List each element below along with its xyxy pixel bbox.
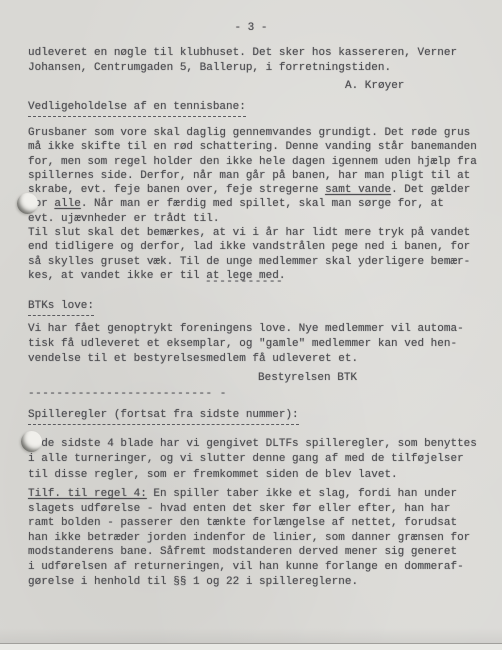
paragraph: I de sidste 4 blade har vi gengivet DLTF… <box>28 437 477 483</box>
text-segment: ramt bolden - passerer den tænkte forlæn… <box>28 517 457 529</box>
scan-bottom-edge <box>0 643 502 650</box>
text-line: til disse regler, som er fremkommet side… <box>28 468 477 483</box>
signature: A. Krøyer <box>345 79 404 94</box>
text-segment: han ikke betræder jorden indenfor de lin… <box>28 532 470 544</box>
text-segment: til disse regler, som er fremkommet side… <box>28 469 398 481</box>
text-segment: så skylles gruset væk. Til de unge medle… <box>28 256 470 268</box>
text-segment: gørelse i henhold til §§ 1 og 22 i spill… <box>28 576 358 588</box>
text-line: i alle turneringer, og vi slutter denne … <box>28 452 477 467</box>
text-line: i udførelsen af returneringen, vil han k… <box>28 560 470 575</box>
paragraph: Grusbaner som vore skal daglig gennemvan… <box>28 126 477 283</box>
text-line: udleveret en nøgle til klubhuset. Det sk… <box>28 46 457 61</box>
text-line: for alle. Når man er færdig med spillet,… <box>28 197 477 211</box>
text-segment: vendelse til et bestyrelsesmedlem få udl… <box>28 353 358 365</box>
text-line: Johansen, Centrumgaden 5, Ballerup, i fo… <box>28 61 457 76</box>
text-segment: i alle turneringer, og vi slutter denne … <box>28 453 464 465</box>
paragraph: Tilf. til regel 4: En spiller taber ikke… <box>28 487 470 589</box>
page-number: - 3 - <box>0 21 502 36</box>
hole-punch <box>21 431 42 452</box>
text-segment: Grusbaner som vore skal daglig gennemvan… <box>28 127 470 139</box>
text-line: Tilf. til regel 4: En spiller taber ikke… <box>28 487 470 502</box>
underlined-text: alle <box>54 198 80 210</box>
text-line: for, men som regel holder den ikke hele … <box>28 155 477 169</box>
text-segment: Johansen, Centrumgaden 5, Ballerup, i fo… <box>28 62 391 74</box>
paragraph: udleveret en nøgle til klubhuset. Det sk… <box>28 46 457 76</box>
text-segment: end tidligere og derfor, lad ikke vandst… <box>28 241 470 253</box>
text-segment: tisk få udleveret et eksemplar, og "gaml… <box>28 338 457 350</box>
section-heading: BTKs love: <box>28 299 94 316</box>
text-line: Til slut skal det bemærkes, at vi i år h… <box>28 226 477 240</box>
text-segment: slagets udførelse - hvad enten det sker … <box>28 503 450 515</box>
text-line: Grusbaner som vore skal daglig gennemvan… <box>28 126 477 140</box>
text-segment: . Når man er færdig med spillet, skal ma… <box>81 198 444 210</box>
text-line: Vi har fået genoptrykt foreningens love.… <box>28 322 464 337</box>
text-line: må ikke skifte til en rød schattering. D… <box>28 140 477 154</box>
text-line: skrabe, evt. feje banen over, feje streg… <box>28 183 477 197</box>
scan-bottom-shade <box>0 628 502 643</box>
text-line: vendelse til et bestyrelsesmedlem få udl… <box>28 352 464 367</box>
paragraph: Vi har fået genoptrykt foreningens love.… <box>28 322 464 367</box>
text-segment: I de sidste 4 blade har vi gengivet DLTF… <box>28 438 477 450</box>
separator-dashes: ----------- <box>205 275 283 290</box>
text-line: evt. ujævnheder er trådt til. <box>28 212 477 226</box>
text-segment: . Det gælder <box>391 184 470 196</box>
text-line: slagets udførelse - hvad enten det sker … <box>28 502 470 517</box>
text-segment: evt. ujævnheder er trådt til. <box>28 213 219 225</box>
text-segment: Til slut skal det bemærkes, at vi i år h… <box>28 227 470 239</box>
text-line: ramt bolden - passerer den tænkte forlæn… <box>28 516 470 531</box>
text-line: I de sidste 4 blade har vi gengivet DLTF… <box>28 437 477 452</box>
text-segment: for, men som regel holder den ikke hele … <box>28 156 477 168</box>
text-line: gørelse i henhold til §§ 1 og 22 i spill… <box>28 575 470 590</box>
separator-dashes: -------------------------- - <box>28 387 227 402</box>
section-heading: Vedligeholdelse af en tennisbane: <box>28 100 246 117</box>
text-line: tisk få udleveret et eksemplar, og "gaml… <box>28 337 464 352</box>
text-segment: spillernes side. Derfor, når man går på … <box>28 170 470 182</box>
signature: Bestyrelsen BTK <box>258 371 357 386</box>
text-line: så skylles gruset væk. Til de unge medle… <box>28 255 477 269</box>
text-segment: En spiller taber ikke et slag, fordi han… <box>147 488 457 500</box>
underlined-text: Tilf. til regel 4: <box>28 488 147 500</box>
text-line: end tidligere og derfor, lad ikke vandst… <box>28 240 477 254</box>
underlined-text: samt vande <box>325 184 391 196</box>
text-line: spillernes side. Derfor, når man går på … <box>28 169 477 183</box>
section-heading: Spilleregler (fortsat fra sidste nummer)… <box>28 408 299 425</box>
document-page: - 3 - udleveret en nøgle til klubhuset. … <box>0 0 502 650</box>
text-segment: modstanderens bane. Såfremt modstanderen… <box>28 546 457 558</box>
text-line: modstanderens bane. Såfremt modstanderen… <box>28 545 470 560</box>
text-segment: skrabe, evt. feje banen over, feje streg… <box>28 184 325 196</box>
text-segment: udleveret en nøgle til klubhuset. Det sk… <box>28 47 457 59</box>
hole-punch <box>17 193 38 214</box>
text-segment: i udførelsen af returneringen, vil han k… <box>28 561 464 573</box>
text-segment: Vi har fået genoptrykt foreningens love.… <box>28 323 464 335</box>
text-segment: må ikke skifte til en rød schattering. D… <box>28 141 477 153</box>
text-line: han ikke betræder jorden indenfor de lin… <box>28 531 470 546</box>
scan-left-edge <box>0 0 4 585</box>
